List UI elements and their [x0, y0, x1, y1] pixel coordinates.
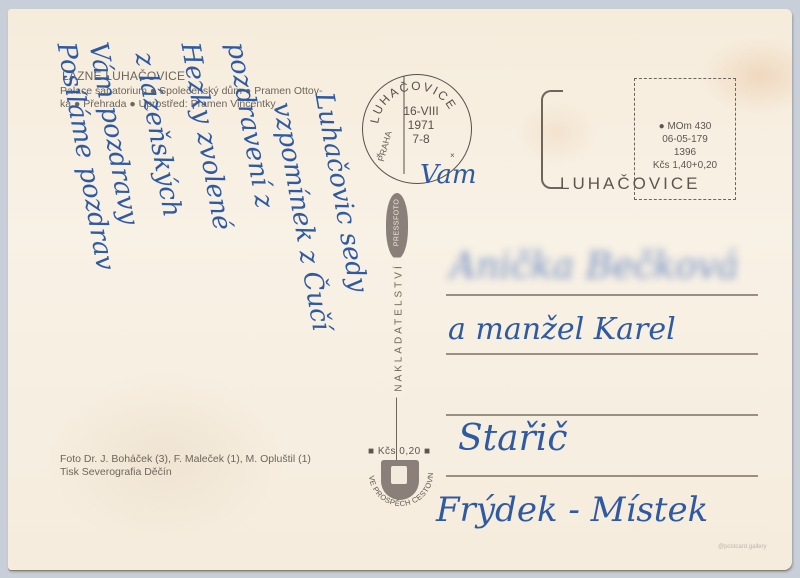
publisher-label: NAKLADATELSTVÍ — [394, 258, 405, 398]
svg-text:VE PROSPĚCH CESTOVNÍHO RUCHU: VE PROSPĚCH CESTOVNÍHO RUCHU — [361, 450, 435, 508]
postmark-year: 1971 — [396, 118, 446, 132]
recipient-name-redacted: Anička Bečková — [450, 246, 739, 287]
address-line-3 — [446, 414, 758, 416]
recipient-street: Stařič — [458, 418, 567, 459]
recipient-line-2: a manžel Karel — [448, 312, 676, 347]
tourism-stamp-text: VE PROSPĚCH CESTOVNÍHO RUCHU — [361, 450, 441, 530]
postmark-day-month: 16-VIII — [396, 104, 446, 118]
recipient-city: Frýdek - Místek — [436, 490, 708, 530]
pressfoto-label: PRESSFOTO — [394, 190, 401, 256]
meter-stamp-text: ● MOm 430 06-05-179 1396 Kčs 1,40+0,20 — [636, 120, 734, 172]
address-line-1 — [446, 294, 758, 296]
photo-credits: Foto Dr. J. Boháček (3), F. Maleček (1),… — [60, 453, 311, 465]
pressfoto-logo: PRESSFOTO — [386, 193, 408, 259]
postmark-date: 16-VIII 1971 7-8 — [396, 104, 446, 146]
svg-text:×: × — [450, 151, 455, 160]
meter-line-4: Kčs 1,40+0,20 — [636, 159, 734, 172]
watermark: @postcard.gallery — [718, 544, 766, 550]
meter-line-2: 06-05-179 — [636, 133, 734, 146]
address-line-2 — [446, 353, 758, 355]
printer-credit: Tisk Severografia Děčín — [60, 466, 172, 478]
meter-line-1: ● MOm 430 — [636, 120, 734, 133]
salutation: Vam — [420, 160, 477, 190]
meter-city: LUHAČOVICE — [560, 174, 701, 194]
postmark-time: 7-8 — [396, 132, 446, 146]
address-line-4 — [446, 475, 758, 477]
meter-line-3: 1396 — [636, 146, 734, 159]
